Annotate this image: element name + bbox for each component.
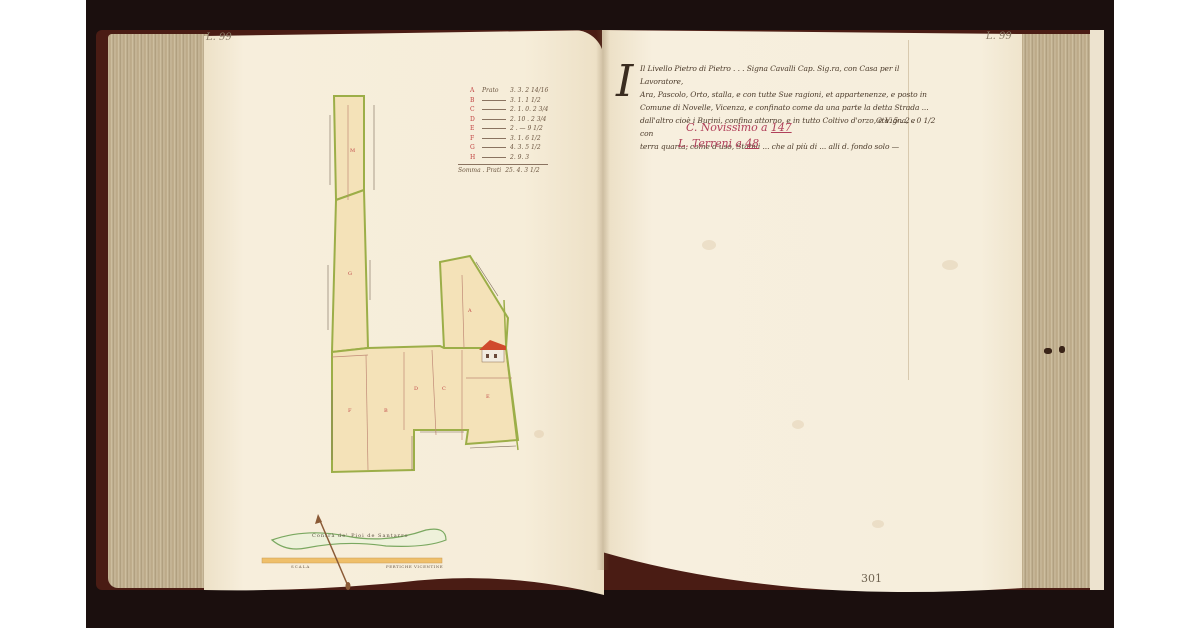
page-number: 301: [861, 572, 882, 585]
table-row: H2. 9. 3: [470, 153, 548, 163]
entry-area-total: Cta. 5 . 2 . 0 1/2: [876, 114, 935, 127]
svg-text:E: E: [486, 394, 490, 400]
table-row: C2. 1. 0. 2 3/4: [470, 105, 548, 115]
scale-label: Scala: [291, 564, 310, 569]
table-row: APrato3. 3. 2 14/16: [470, 86, 548, 96]
area-table: APrato3. 3. 2 14/16 B3. 1. 1 1/2 C2. 1. …: [470, 86, 548, 176]
right-folio: L. 99: [986, 31, 1012, 42]
drop-initial: I: [616, 56, 633, 107]
red-entries: C. Novissimo a 147 L. Terreni a 48: [686, 120, 792, 152]
table-row: D2. 10 . 2 3/4: [470, 115, 548, 125]
cartouche-label: Contrà de' Pioi de Santarro: [312, 533, 408, 539]
table-total-row: Somma . Prati25. 4. 3 1/2: [458, 164, 548, 176]
svg-text:D: D: [414, 386, 418, 392]
svg-text:F: F: [348, 408, 352, 414]
svg-text:C: C: [442, 386, 446, 392]
scale-sub-label: Pertiche Vicentine: [386, 564, 443, 569]
table-row: F3. 1. 6 1/2: [470, 134, 548, 144]
book-scan: L. 99 M G: [86, 0, 1114, 628]
svg-text:A: A: [467, 308, 472, 314]
red-entry: L. Terreni a 48: [678, 136, 792, 152]
svg-text:B: B: [384, 408, 388, 414]
red-entry: C. Novissimo a 147: [686, 120, 792, 136]
table-row: G4. 3. 5 1/2: [470, 143, 548, 153]
table-row: E2 . — 9 1/2: [470, 124, 548, 134]
wormhole: [1059, 346, 1065, 353]
table-row: B3. 1. 1 1/2: [470, 96, 548, 106]
svg-text:G: G: [348, 271, 352, 277]
wormhole: [1044, 348, 1052, 354]
book-spine: [596, 30, 610, 570]
svg-text:M: M: [350, 148, 355, 154]
